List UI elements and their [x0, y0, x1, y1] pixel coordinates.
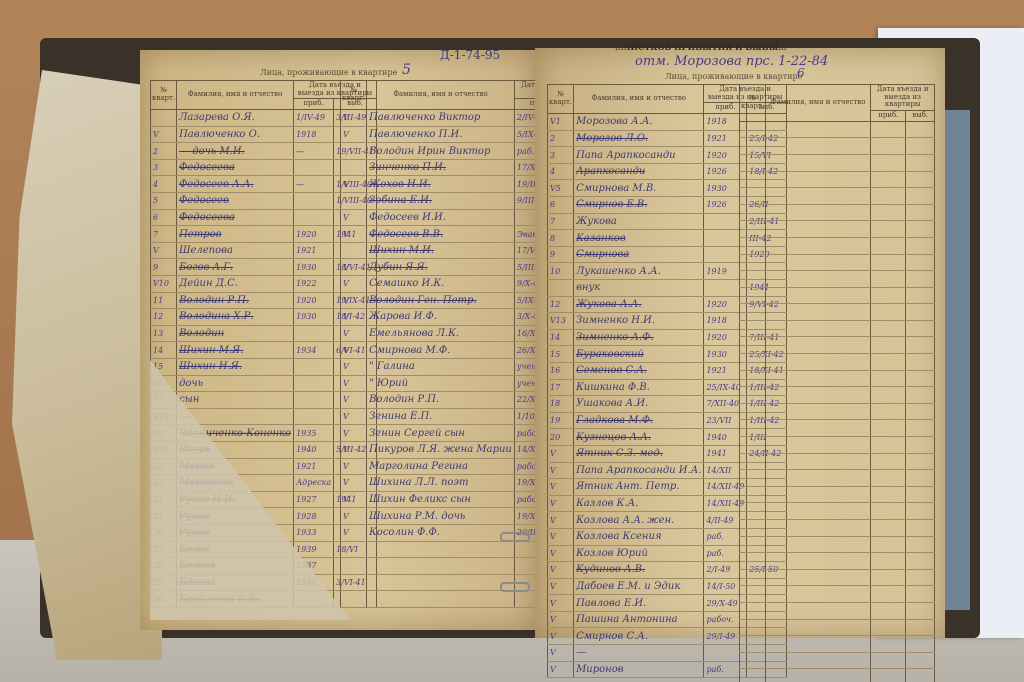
entry-arrived	[871, 652, 906, 669]
entry-number: V	[341, 508, 367, 525]
entry-number: 8	[548, 230, 574, 247]
entry-number	[740, 569, 766, 586]
entry-number	[740, 420, 766, 437]
entry-number: V	[341, 524, 367, 541]
entry-number: V	[341, 342, 367, 359]
table-row	[740, 387, 935, 404]
entry-left	[906, 387, 935, 404]
entry-number	[740, 154, 766, 171]
table-row	[740, 271, 935, 288]
entry-arrived	[871, 121, 906, 138]
table-row	[740, 171, 935, 188]
entry-number: V	[151, 242, 177, 259]
entry-number: V	[548, 595, 574, 612]
entry-number	[740, 669, 766, 682]
entry-name: Ятник С.З. мед.	[574, 445, 704, 462]
entry-name	[766, 420, 871, 437]
entry-name: Зимненко Н.И.	[574, 313, 704, 330]
entry-arrived: 1921	[294, 458, 334, 475]
entry-arrived	[871, 387, 906, 404]
entry-number: 7	[151, 226, 177, 243]
entry-arrived	[871, 453, 906, 470]
entry-arrived: 1940	[294, 441, 334, 458]
entry-number: 3	[548, 147, 574, 164]
entry-name: Зенин Сергей сын	[367, 425, 515, 442]
col-apartment-no: № кварт.	[341, 81, 367, 110]
entry-name: Шихин Н.Я.	[177, 358, 294, 375]
entry-arrived	[871, 271, 906, 288]
entry-name: —	[574, 645, 704, 662]
col-full-name: Фамилия, имя и отчество	[574, 85, 704, 114]
entry-number: 4	[151, 176, 177, 193]
entry-number: V1	[548, 114, 574, 131]
entry-arrived	[871, 569, 906, 586]
entry-name	[766, 354, 871, 371]
entry-number: 14	[151, 342, 177, 359]
entry-number	[740, 453, 766, 470]
entry-name: Федосеев А.А.	[177, 176, 294, 193]
entry-number	[740, 403, 766, 420]
entry-number	[740, 437, 766, 454]
entry-arrived	[294, 159, 334, 176]
entry-arrived	[871, 486, 906, 503]
entry-number	[740, 602, 766, 619]
entry-name: Дубин Я.Я.	[367, 259, 515, 276]
entry-name: Казлов К.А.	[574, 495, 704, 512]
entry-name: Зобина Е.И.	[367, 193, 515, 210]
entry-left	[906, 403, 935, 420]
entry-arrived	[871, 237, 906, 254]
entry-arrived	[871, 337, 906, 354]
entry-name	[766, 204, 871, 221]
entry-left	[906, 553, 935, 570]
entry-name: Казанков	[574, 230, 704, 247]
entry-name	[766, 453, 871, 470]
entry-name: Морозова А.А.	[574, 114, 704, 131]
entry-name: Павлюченко П.И.	[367, 126, 515, 143]
entry-number	[740, 387, 766, 404]
entry-number: V	[548, 611, 574, 628]
entry-number: 4	[548, 163, 574, 180]
entry-name: Шихина Р.М. дочь	[367, 508, 515, 525]
entry-arrived	[294, 358, 334, 375]
entry-number	[341, 541, 367, 558]
col-left: выб.	[906, 111, 935, 122]
entry-left	[906, 171, 935, 188]
entry-arrived	[871, 586, 906, 603]
entry-name: Папа Арапкосанди И.А.	[574, 462, 704, 479]
col-apartment-no: № кварт.	[151, 81, 177, 110]
entry-arrived: 1935	[294, 425, 334, 442]
entry-arrived	[871, 304, 906, 321]
entry-name: Павлюченко Виктор	[367, 110, 515, 127]
entry-name	[766, 652, 871, 669]
entry-number	[740, 486, 766, 503]
entry-name: Бураковский	[574, 346, 704, 363]
entry-name: Федосеева	[177, 209, 294, 226]
entry-name: Володин Р.П.	[177, 292, 294, 309]
entry-number: V	[341, 176, 367, 193]
entry-arrived: —	[294, 176, 334, 193]
entry-arrived	[871, 171, 906, 188]
entry-number: V	[151, 126, 177, 143]
entry-number: V	[341, 375, 367, 392]
entry-arrived	[871, 254, 906, 271]
entry-name	[766, 121, 871, 138]
table-row	[740, 437, 935, 454]
entry-arrived	[294, 325, 334, 342]
entry-number	[740, 121, 766, 138]
entry-name: Косолин Ф.Ф.	[367, 524, 515, 541]
entry-number: 3	[151, 159, 177, 176]
right-page-print-header: ...ЛИСТКОВ ПРИБЫТИЯ И ВЫБЫ...	[615, 42, 787, 52]
entry-number: V	[548, 661, 574, 678]
entry-name	[766, 271, 871, 288]
entry-number	[740, 337, 766, 354]
entry-name	[766, 370, 871, 387]
table-row	[740, 337, 935, 354]
entry-number: V	[548, 462, 574, 479]
entry-name	[766, 138, 871, 155]
entry-number: V	[341, 475, 367, 492]
entry-arrived	[871, 354, 906, 371]
entry-left	[906, 320, 935, 337]
entry-name: Федосеев И.И.	[367, 209, 515, 226]
col-apartment-no: № кварт.	[740, 85, 766, 122]
entry-arrived	[871, 536, 906, 553]
table-row	[740, 370, 935, 387]
entry-number	[740, 138, 766, 155]
entry-name	[766, 470, 871, 487]
entry-name	[766, 602, 871, 619]
entry-number: V	[341, 209, 367, 226]
entry-name: Володина Х.Р.	[177, 309, 294, 326]
entry-arrived: 1/IV-49	[294, 110, 334, 127]
entry-arrived: —	[294, 143, 334, 160]
entry-left	[906, 354, 935, 371]
table-row	[740, 121, 935, 138]
entry-arrived	[294, 193, 334, 210]
entry-number	[740, 304, 766, 321]
entry-arrived	[871, 602, 906, 619]
entry-arrived	[871, 636, 906, 653]
entry-number: 11	[151, 292, 177, 309]
entry-number	[740, 254, 766, 271]
entry-name: Жукова А.А.	[574, 296, 704, 313]
entry-arrived: 1918	[294, 126, 334, 143]
table-row	[740, 304, 935, 321]
entry-name: Володин	[177, 325, 294, 342]
col-full-name: Фамилия, имя и отчество	[367, 81, 515, 110]
entry-number: 16	[548, 362, 574, 379]
right-page-right-table: № кварт. Фамилия, имя и отчество Дата въ…	[739, 84, 935, 682]
table-row	[740, 138, 935, 155]
entry-name: Семенов С.А.	[574, 362, 704, 379]
table-row	[740, 237, 935, 254]
entry-left	[906, 520, 935, 537]
entry-arrived: Адреска	[294, 475, 334, 492]
entry-number: 5	[151, 193, 177, 210]
entry-number: V	[341, 358, 367, 375]
entry-number	[740, 354, 766, 371]
entry-left	[906, 503, 935, 520]
left-page-apartment-number: 5	[402, 62, 411, 78]
entry-name: Шихин М.И.	[367, 242, 515, 259]
binder-ring	[500, 582, 530, 592]
entry-number	[740, 204, 766, 221]
entry-number	[341, 143, 367, 160]
entry-arrived: 1930	[294, 309, 334, 326]
entry-name: Зенина Е.П.	[367, 408, 515, 425]
entry-number: 10	[548, 263, 574, 280]
entry-left	[906, 636, 935, 653]
entry-number: V	[341, 126, 367, 143]
entry-name: Козлова Ксения	[574, 528, 704, 545]
binder-ring	[500, 532, 530, 542]
entry-name: Миронов	[574, 661, 704, 678]
entry-arrived: 1930	[294, 259, 334, 276]
entry-name	[766, 304, 871, 321]
entry-arrived	[871, 370, 906, 387]
entry-name	[766, 287, 871, 304]
left-page-title: Лица, проживающие в квартире	[260, 68, 397, 77]
entry-number: V	[341, 226, 367, 243]
entry-name: Зинченко П.И.	[367, 159, 515, 176]
entry-name	[766, 569, 871, 586]
entry-left	[906, 254, 935, 271]
entry-left	[906, 121, 935, 138]
entry-number: 13	[151, 325, 177, 342]
entry-name	[766, 320, 871, 337]
entry-number: 12	[151, 309, 177, 326]
col-full-name: Фамилия, имя и отчество	[177, 81, 294, 110]
entry-name: Павлова Е.И.	[574, 595, 704, 612]
entry-number: V	[548, 545, 574, 562]
left-page-stamp: Д-1-74-95	[440, 48, 500, 62]
entry-number: V	[548, 528, 574, 545]
entry-number: V	[548, 479, 574, 496]
entry-number: V	[548, 495, 574, 512]
entry-name	[367, 591, 515, 608]
entry-name	[766, 437, 871, 454]
entry-name: Папа Арапкосанди	[574, 147, 704, 164]
entry-name: Богов А.Г.	[177, 259, 294, 276]
entry-number: 19	[548, 412, 574, 429]
entry-name: Шихин Феликс сын	[367, 491, 515, 508]
entry-number	[341, 193, 367, 210]
entry-name	[367, 558, 515, 575]
table-row	[740, 586, 935, 603]
entry-name: " Юрий	[367, 375, 515, 392]
entry-name: дочь	[177, 375, 294, 392]
entry-name: Ушакова А.И.	[574, 396, 704, 413]
entry-name	[766, 486, 871, 503]
entry-name: Дейин Д.С.	[177, 276, 294, 293]
right-right-table-body	[740, 121, 935, 682]
entry-name: Володин Ирин Виктор	[367, 143, 515, 160]
entry-arrived	[871, 503, 906, 520]
entry-name	[766, 619, 871, 636]
entry-name	[766, 171, 871, 188]
entry-number: V	[341, 408, 367, 425]
entry-name	[766, 237, 871, 254]
table-row	[740, 453, 935, 470]
entry-left	[906, 470, 935, 487]
entry-name	[766, 520, 871, 537]
entry-left	[906, 619, 935, 636]
entry-number	[740, 370, 766, 387]
entry-number: V	[341, 309, 367, 326]
entry-number	[151, 110, 177, 127]
table-row	[740, 536, 935, 553]
entry-number	[740, 320, 766, 337]
entry-name: Жарова И.Ф.	[367, 309, 515, 326]
entry-number	[740, 619, 766, 636]
entry-left	[906, 569, 935, 586]
entry-arrived	[294, 209, 334, 226]
entry-left	[906, 287, 935, 304]
entry-number	[341, 574, 367, 591]
entry-left	[906, 669, 935, 682]
table-row	[740, 619, 935, 636]
entry-name: Зимненко А.Ф.	[574, 329, 704, 346]
table-row	[740, 520, 935, 537]
right-page-title: Лица, проживающие в квартире	[665, 72, 802, 81]
entry-name: Шелепова	[177, 242, 294, 259]
entry-name: Кудинов А.В.	[574, 562, 704, 579]
entry-name: Шихин М.Я.	[177, 342, 294, 359]
table-row	[740, 602, 935, 619]
entry-number	[740, 171, 766, 188]
entry-name	[766, 387, 871, 404]
entry-left	[906, 204, 935, 221]
entry-number: V	[341, 276, 367, 293]
entry-name	[367, 574, 515, 591]
entry-number: V	[548, 645, 574, 662]
entry-number	[740, 237, 766, 254]
entry-number: V	[548, 445, 574, 462]
table-row	[740, 503, 935, 520]
entry-name: Петров	[177, 226, 294, 243]
entry-left	[906, 652, 935, 669]
col-arrived: приб.	[294, 99, 334, 110]
col-apartment-no: № кварт.	[548, 85, 574, 114]
entry-number: 20	[548, 429, 574, 446]
entry-number	[740, 271, 766, 288]
entry-number	[341, 159, 367, 176]
table-row	[740, 254, 935, 271]
entry-name: Володин Ген. Петр.	[367, 292, 515, 309]
entry-number: V	[341, 325, 367, 342]
entry-left	[906, 237, 935, 254]
entry-number	[740, 636, 766, 653]
entry-name: Шихина Л.Л. поэт	[367, 475, 515, 492]
table-row	[740, 320, 935, 337]
entry-name	[766, 636, 871, 653]
table-row	[740, 154, 935, 171]
right-page: ...ЛИСТКОВ ПРИБЫТИЯ И ВЫБЫ... отм. Мороз…	[535, 48, 945, 638]
entry-number: 2	[548, 130, 574, 147]
table-row	[740, 470, 935, 487]
entry-number: V	[341, 425, 367, 442]
entry-name: Федосеев	[177, 193, 294, 210]
entry-number: 15	[548, 346, 574, 363]
entry-left	[906, 602, 935, 619]
entry-name	[766, 586, 871, 603]
entry-number: 17	[548, 379, 574, 396]
entry-arrived	[871, 619, 906, 636]
table-row	[740, 204, 935, 221]
entry-number: V	[341, 259, 367, 276]
entry-number	[740, 586, 766, 603]
entry-arrived	[294, 375, 334, 392]
entry-name: Лазарева О.Я.	[177, 110, 294, 127]
entry-arrived	[871, 470, 906, 487]
entry-arrived	[871, 669, 906, 682]
entry-arrived	[871, 520, 906, 537]
table-row	[740, 420, 935, 437]
right-page-apartment-number: 6	[797, 66, 805, 80]
entry-arrived	[871, 154, 906, 171]
entry-number: 6	[548, 197, 574, 214]
entry-arrived: 1920	[294, 226, 334, 243]
entry-left	[906, 337, 935, 354]
entry-number	[740, 188, 766, 205]
entry-arrived	[871, 138, 906, 155]
entry-name: Кишкина Ф.В.	[574, 379, 704, 396]
entry-arrived	[294, 408, 334, 425]
table-row	[740, 354, 935, 371]
entry-number	[548, 280, 574, 297]
entry-arrived	[871, 204, 906, 221]
entry-number: 18	[548, 396, 574, 413]
entry-number	[740, 287, 766, 304]
entry-arrived: 1933	[294, 524, 334, 541]
entry-number: 9	[548, 246, 574, 263]
entry-arrived	[871, 437, 906, 454]
entry-arrived: 1922	[294, 276, 334, 293]
entry-name: Федосеев В.В.	[367, 226, 515, 243]
entry-name	[766, 221, 871, 238]
entry-arrived	[871, 420, 906, 437]
entry-arrived	[871, 188, 906, 205]
entry-arrived: 1921	[294, 242, 334, 259]
entry-name: Емельянова Л.К.	[367, 325, 515, 342]
entry-name	[766, 154, 871, 171]
entry-arrived: 1934	[294, 342, 334, 359]
entry-number	[740, 536, 766, 553]
entry-name: Смирнова М.В.	[574, 180, 704, 197]
entry-name: Федосеева	[177, 159, 294, 176]
entry-name: — дочь М.И.	[177, 143, 294, 160]
col-dates: Дата въезда и выезда из квартиры	[871, 85, 935, 111]
entry-number: V	[341, 458, 367, 475]
table-row	[740, 553, 935, 570]
entry-number: 12	[548, 296, 574, 313]
entry-number: 6	[151, 209, 177, 226]
entry-number: 7	[548, 213, 574, 230]
entry-name: Павлюченко О.	[177, 126, 294, 143]
entry-name	[766, 553, 871, 570]
entry-name: Володин Р.П.	[367, 392, 515, 409]
entry-left	[906, 271, 935, 288]
entry-name: Марголина Регина	[367, 458, 515, 475]
entry-name	[766, 669, 871, 682]
entry-name: Дабоев Е.М. и Эдик	[574, 578, 704, 595]
entry-name: Козлова А.А. жен.	[574, 512, 704, 529]
entry-arrived	[871, 553, 906, 570]
entry-number	[740, 503, 766, 520]
